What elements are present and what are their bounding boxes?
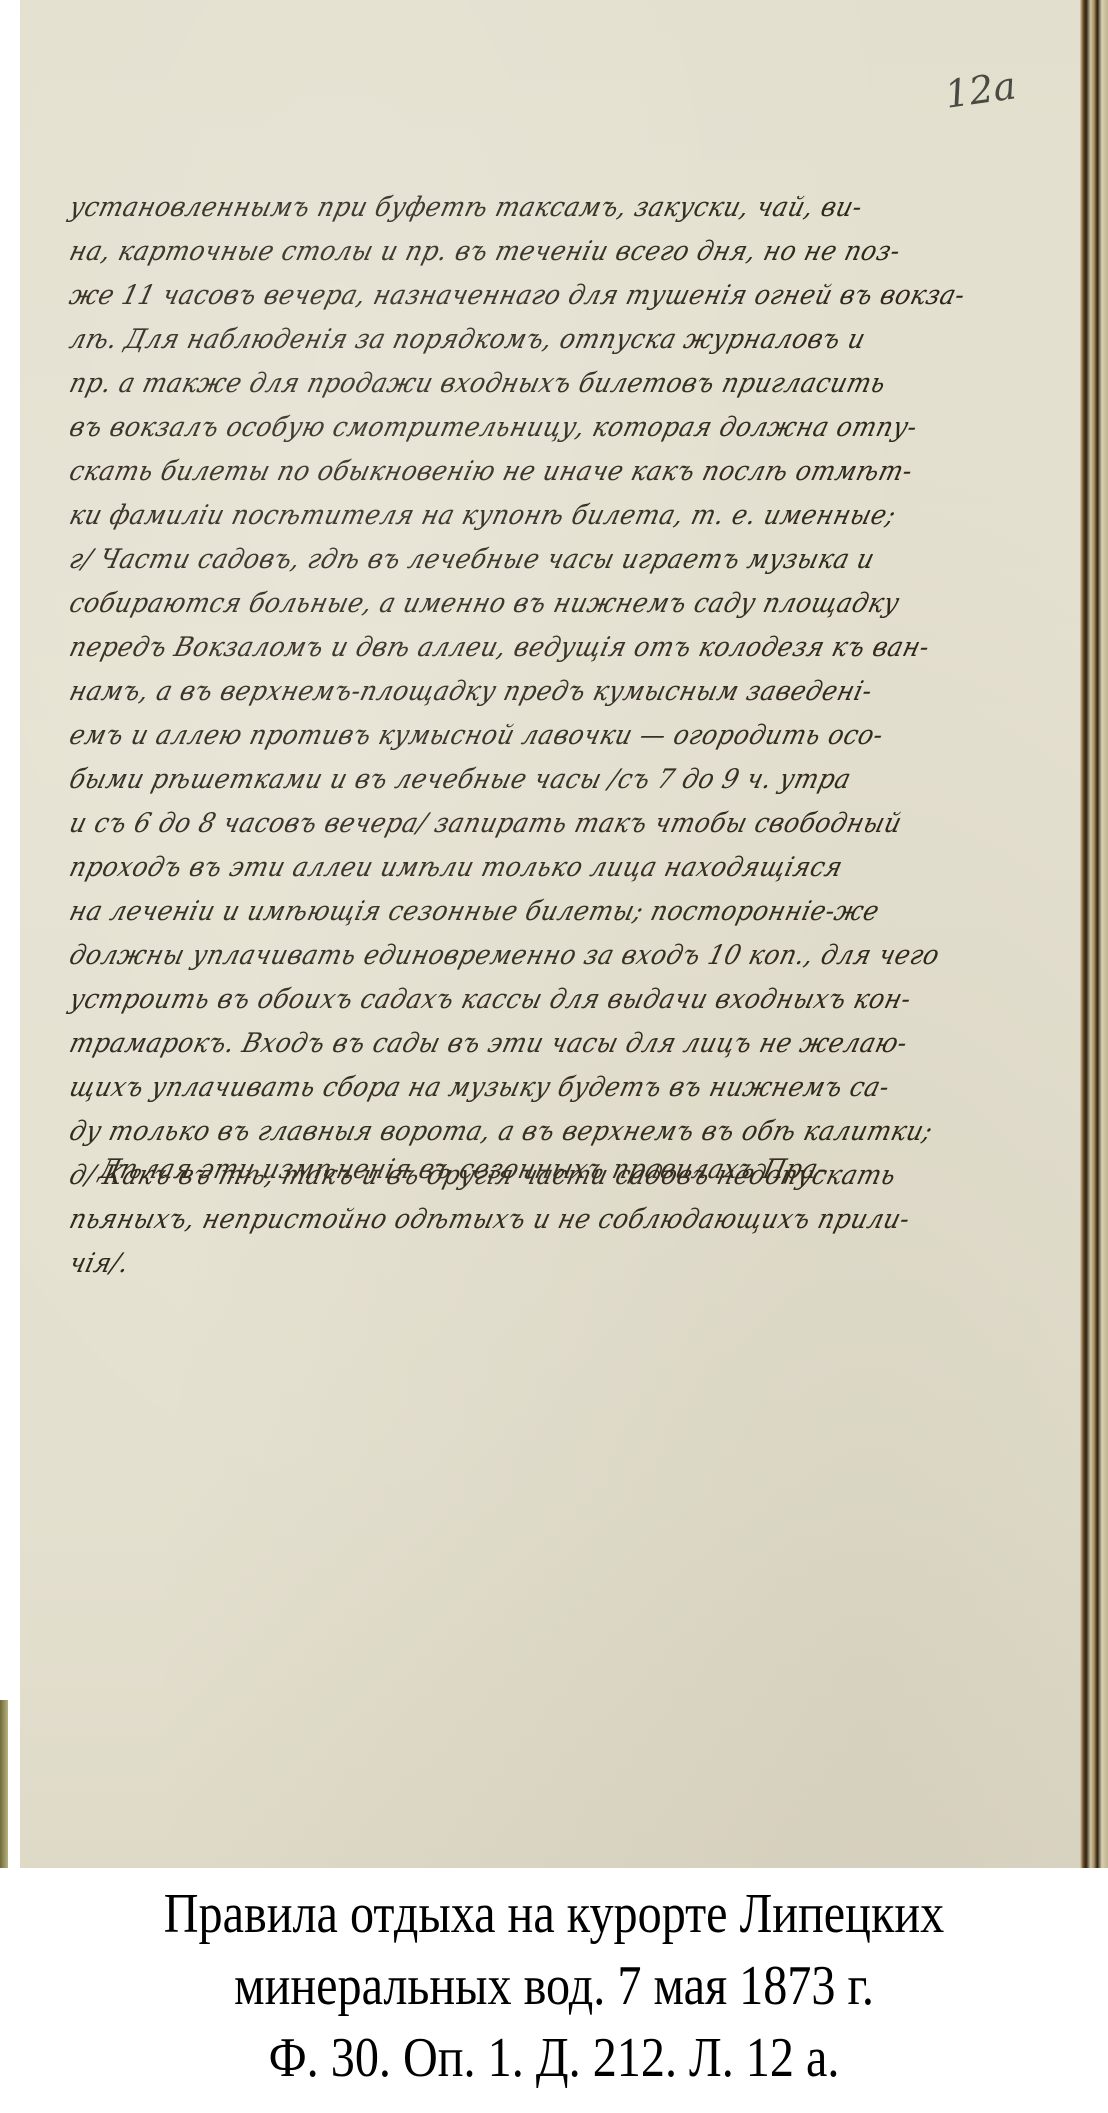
text-line: скать билеты по обыкновенію не иначе как…: [65, 452, 1004, 492]
text-line: и съ 6 до 8 часовъ вечера/ запирать такъ…: [65, 804, 1004, 844]
text-line: же 11 часовъ вечера, назначеннаго для ту…: [65, 276, 1004, 316]
caption-title: Правила отдыха на курорте Липецких: [78, 1878, 1031, 1950]
text-line-paragraph-start: Дѣлая эти измѣненія въ сезонныхъ правила…: [95, 1150, 1034, 1190]
text-line: лѣ. Для наблюденія за порядкомъ, отпуска…: [65, 320, 1004, 360]
folio-number: 12а: [942, 63, 1018, 116]
text-line: намъ, а въ верхнемъ-площадку предъ кумыс…: [65, 672, 1004, 712]
caption: Правила отдыха на курорте Липецких минер…: [0, 1868, 1108, 2113]
text-line: быми рѣшетками и въ лечебные часы /съ 7 …: [65, 760, 1004, 800]
text-line: ду только въ главныя ворота, а въ верхне…: [65, 1112, 1004, 1152]
text-line: должны уплачивать единовременно за входъ…: [65, 936, 1004, 976]
text-line: передъ Вокзаломъ и двѣ аллеи, ведущія от…: [65, 628, 1004, 668]
text-line: на, карточные столы и пр. въ теченіи все…: [65, 232, 1004, 272]
text-line: въ вокзалъ особую смотрительницу, котора…: [65, 408, 1004, 448]
text-line: собираются больные, а именно въ нижнемъ …: [65, 584, 1004, 624]
text-line: на леченіи и имѣющія сезонные билеты; по…: [65, 892, 1004, 932]
text-line: проходъ въ эти аллеи имѣли только лица н…: [65, 848, 1004, 888]
caption-archive-reference: Ф. 30. Оп. 1. Д. 212. Л. 12 а.: [78, 2022, 1031, 2094]
manuscript-page: 12а установленнымъ при буфетѣ таксамъ, з…: [20, 0, 1080, 1868]
text-line: емъ и аллею противъ кумысной лавочки — о…: [65, 716, 1004, 756]
text-line: трамарокъ. Входъ въ сады въ эти часы для…: [65, 1024, 1004, 1064]
text-line: пр. а также для продажи входныхъ билетов…: [65, 364, 1004, 404]
text-line: г/ Части садовъ, гдѣ въ лечебные часы иг…: [65, 540, 1004, 580]
text-line: чія/.: [65, 1244, 1004, 1284]
text-line: ки фамиліи посѣтителя на купонѣ билета, …: [65, 496, 1004, 536]
text-line: устроить въ обоихъ садахъ кассы для выда…: [65, 980, 1004, 1020]
page-edge-shadow: [0, 1700, 8, 1868]
text-line: пьяныхъ, непристойно одѣтыхъ и не соблюд…: [65, 1200, 1004, 1240]
text-line: установленнымъ при буфетѣ таксамъ, закус…: [65, 188, 1004, 228]
text-line: щихъ уплачивать сбора на музыку будетъ в…: [65, 1068, 1004, 1108]
caption-date: минеральных вод. 7 мая 1873 г.: [78, 1950, 1031, 2022]
binding-spine: [1080, 0, 1108, 1868]
